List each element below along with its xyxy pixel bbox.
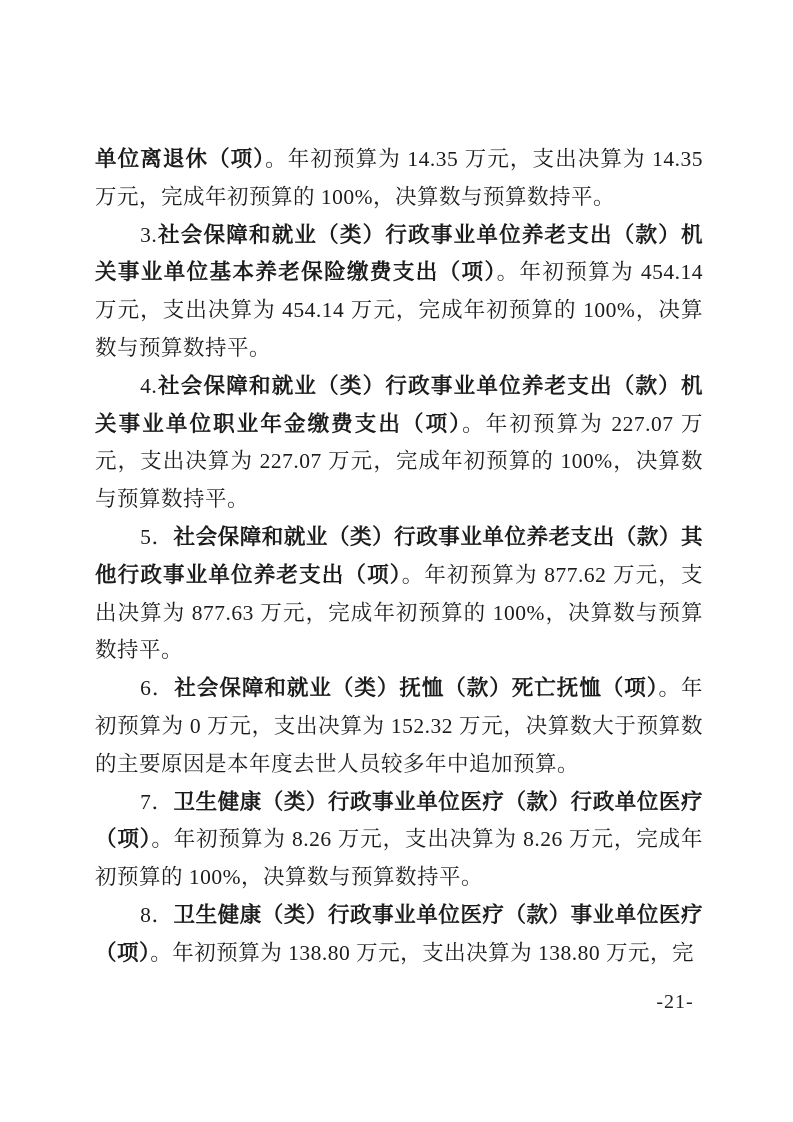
paragraph-number: 4.	[140, 374, 157, 398]
paragraph-number: 6．	[140, 676, 174, 700]
document-page: 单位离退休（项）。年初预算为 14.35 万元，支出决算为 14.35 万元，完…	[0, 0, 793, 1122]
paragraph-pension-retiree: 单位离退休（项）。年初预算为 14.35 万元，支出决算为 14.35 万元，完…	[95, 141, 703, 217]
paragraph-number: 8．	[140, 903, 173, 927]
paragraph-public-institution-medical: 8．卫生健康（类）行政事业单位医疗（款）事业单位医疗（项）。年初预算为 138.…	[95, 897, 703, 973]
paragraph-heading: 单位离退休（项）	[95, 147, 265, 171]
paragraph-text: 。年初预算为 8.26 万元，支出决算为 8.26 万元，完成年初预算的 100…	[95, 827, 703, 889]
paragraph-heading: 社会保障和就业（类）抚恤（款）死亡抚恤（项）	[174, 676, 658, 700]
paragraph-text: 。年初预算为 138.80 万元，支出决算为 138.80 万元，完	[150, 941, 694, 965]
document-body: 单位离退休（项）。年初预算为 14.35 万元，支出决算为 14.35 万元，完…	[95, 141, 703, 973]
page-number: -21-	[645, 988, 705, 1016]
paragraph-other-pension-expense: 5．社会保障和就业（类）行政事业单位养老支出（款）其他行政事业单位养老支出（项）…	[95, 519, 703, 670]
paragraph-occupational-annuity: 4.社会保障和就业（类）行政事业单位养老支出（款）机关事业单位职业年金缴费支出（…	[95, 368, 703, 519]
paragraph-admin-unit-medical: 7．卫生健康（类）行政事业单位医疗（款）行政单位医疗（项）。年初预算为 8.26…	[95, 784, 703, 897]
paragraph-number: 7．	[140, 790, 173, 814]
paragraph-death-benefit: 6．社会保障和就业（类）抚恤（款）死亡抚恤（项）。年初预算为 0 万元，支出决算…	[95, 670, 703, 783]
paragraph-number: 5．	[140, 525, 173, 549]
paragraph-basic-pension-insurance: 3.社会保障和就业（类）行政事业单位养老支出（款）机关事业单位基本养老保险缴费支…	[95, 217, 703, 368]
paragraph-number: 3.	[140, 223, 157, 247]
